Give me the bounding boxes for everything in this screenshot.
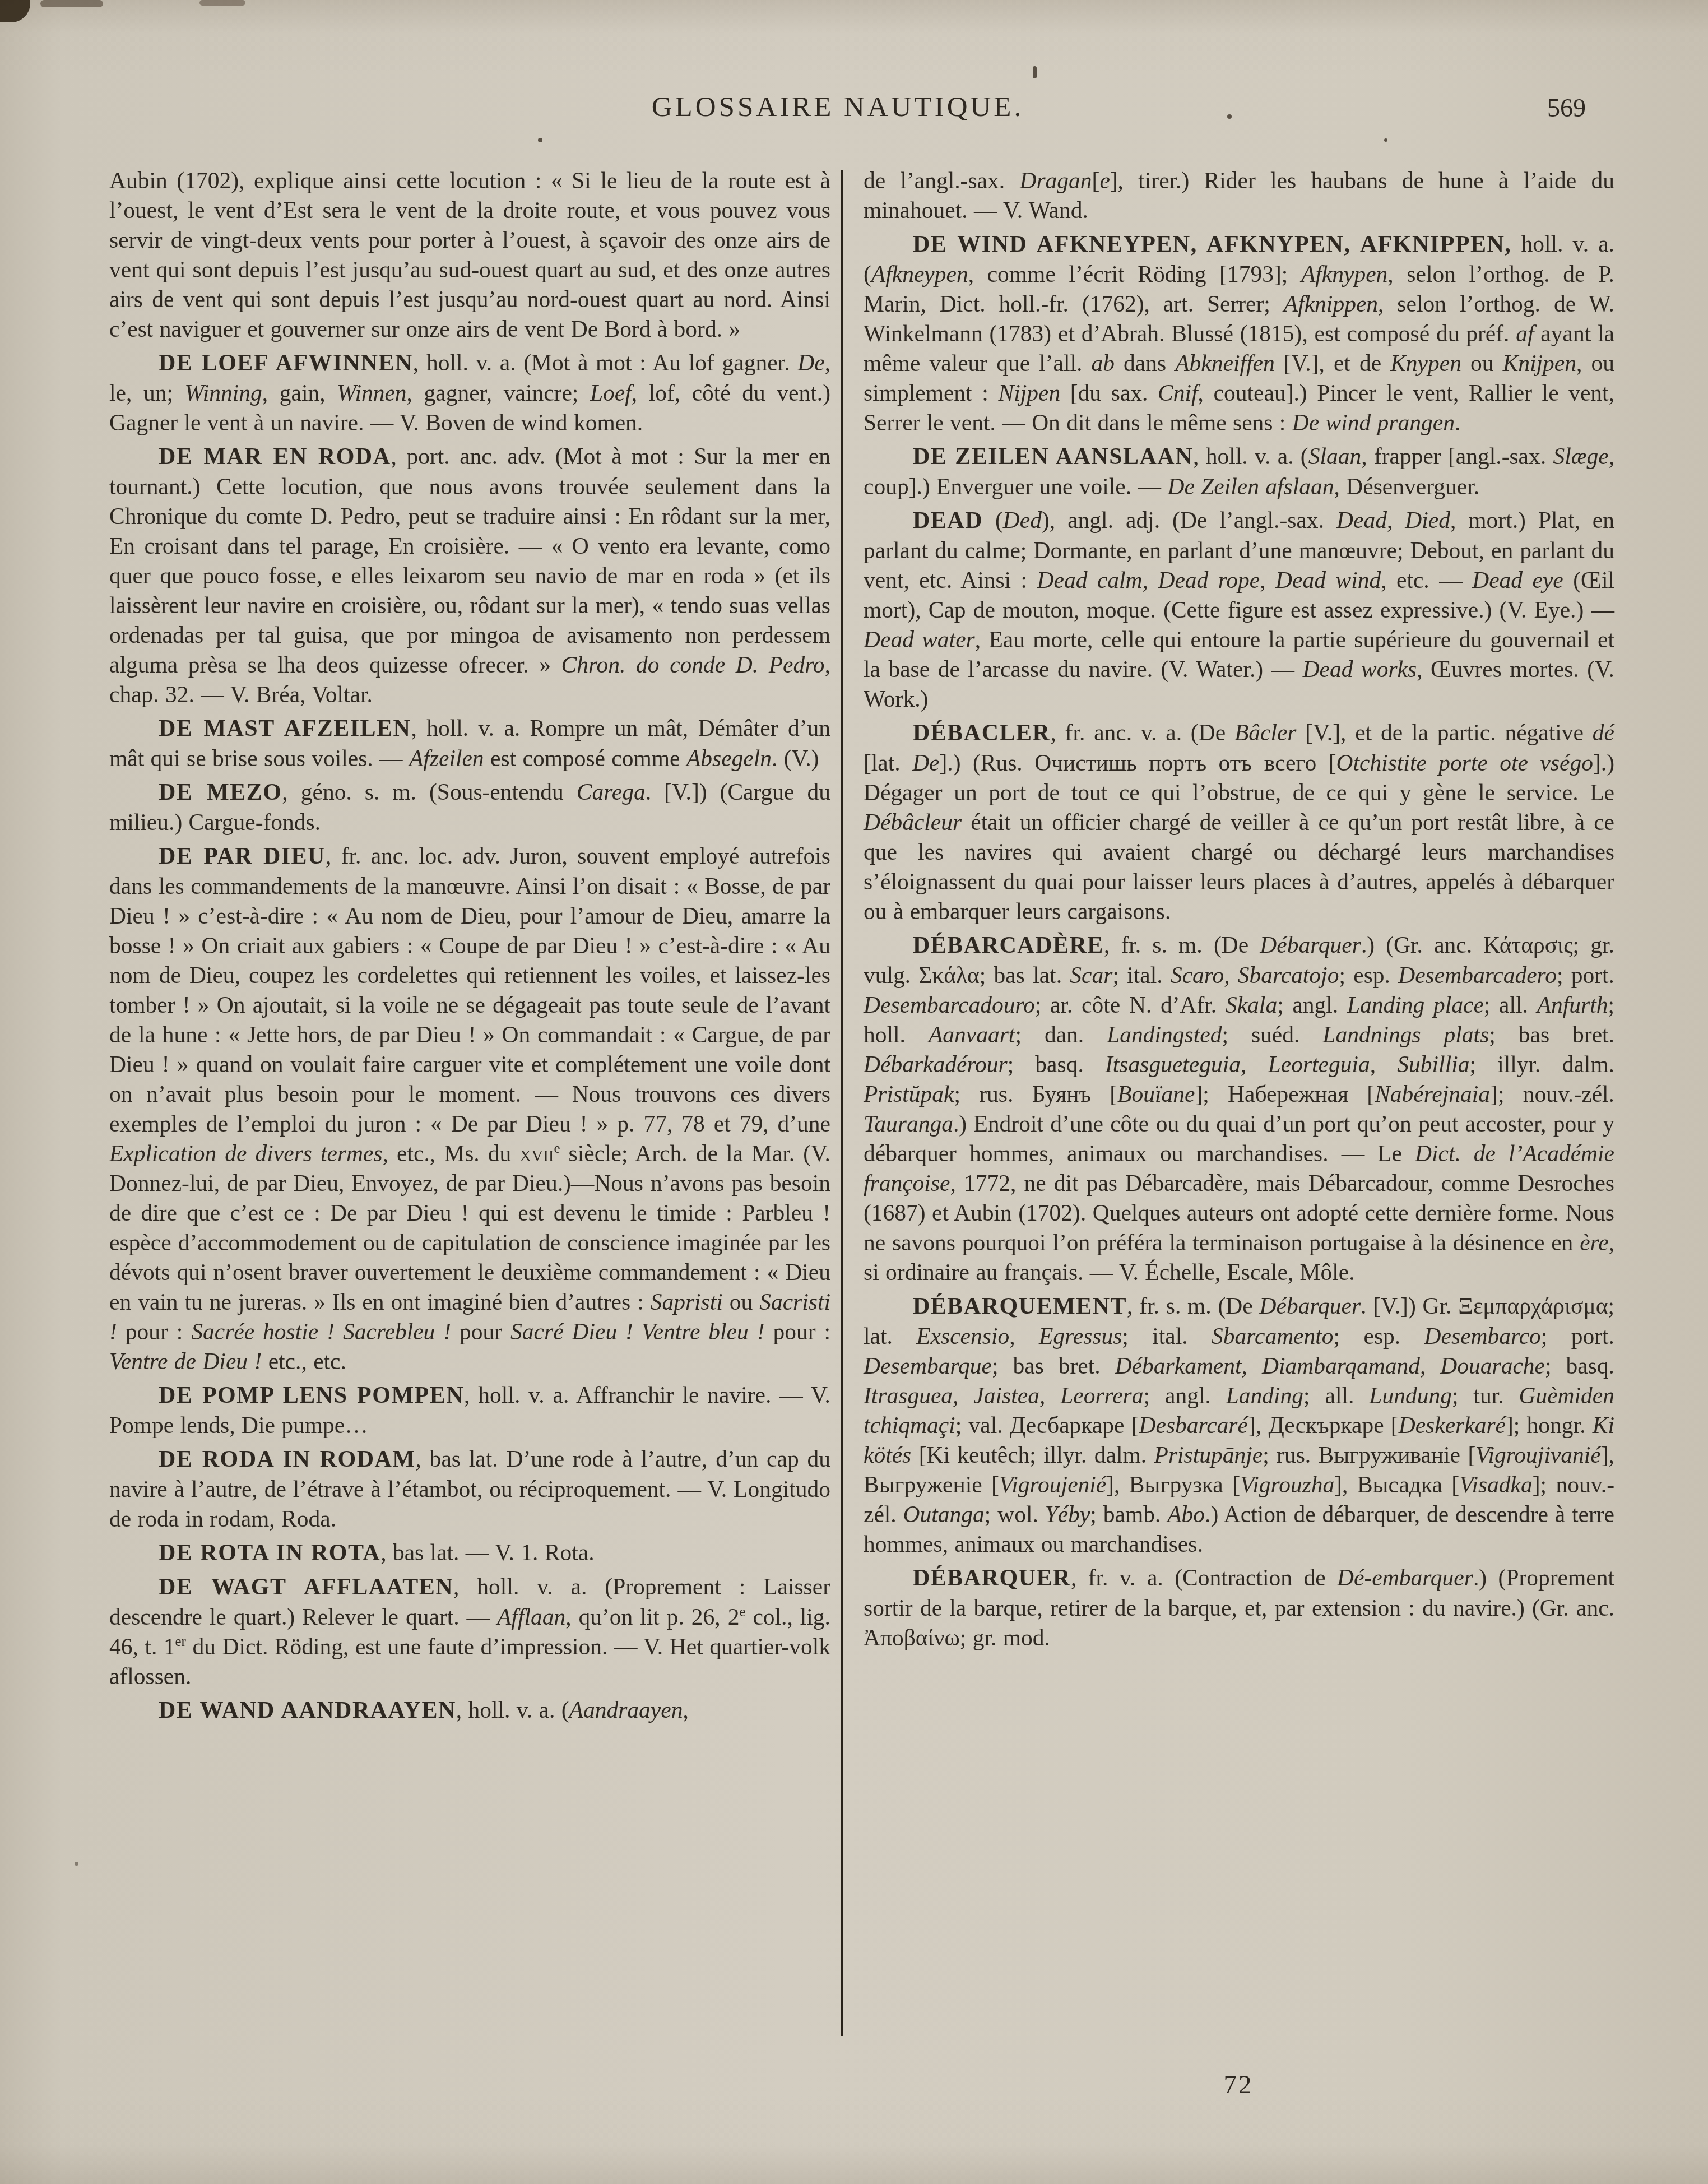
italic-term: Yéby [1045, 1501, 1090, 1527]
entry-headword: DE MEZO [159, 780, 282, 805]
italic-term: Dead water [864, 627, 975, 652]
italic-term: Sacré Dieu ! Ventre bleu ! [510, 1319, 764, 1344]
ink-speck [1033, 66, 1037, 78]
italic-term: Débarquer [1260, 1293, 1361, 1319]
italic-term: Winning [184, 380, 262, 406]
italic-term: Ded [1003, 507, 1042, 533]
entry-headword: DÉBARQUER [913, 1565, 1071, 1591]
scan-edge-mark [199, 0, 245, 6]
italic-term: Scar [1070, 962, 1112, 988]
dictionary-entry: DE MAST AFZEILEN, holl. v. a. Rompre un … [109, 713, 830, 773]
italic-term: Vigrouzha [1240, 1472, 1334, 1497]
italic-term: ère [1580, 1230, 1608, 1255]
italic-term: Dead calm [1037, 567, 1143, 593]
italic-term: Vigroujenié [999, 1472, 1106, 1497]
italic-term: Aandraayen [569, 1697, 683, 1723]
entry-headword: DE MAST AFZEILEN [159, 716, 411, 741]
dictionary-entry: DE WAGT AFFLAATEN, holl. v. a. (Propreme… [109, 1572, 830, 1691]
small-caps-term: xvii [519, 1140, 554, 1166]
italic-term: Landnings plats [1322, 1022, 1489, 1047]
dictionary-entry: de l’angl.-sax. Dragan[e], tirer.) Rider… [864, 166, 1614, 225]
italic-term: Afzeilen [409, 745, 484, 771]
italic-term: e [1099, 168, 1110, 193]
italic-term: Dé-embarquer [1337, 1565, 1473, 1591]
dictionary-entry: DÉBACLER, fr. anc. v. a. (De Bâcler [V.]… [864, 718, 1614, 926]
scan-edge-mark [40, 0, 103, 7]
left-text-column: Aubin (1702), explique ainsi cette locut… [109, 166, 830, 1726]
italic-term: Otchistite porte ote vségo [1336, 750, 1593, 776]
entry-headword: DÉBACLER [913, 720, 1050, 746]
dictionary-entry: DE WIND AFKNEYPEN, AFKNYPEN, AFKNIPPEN, … [864, 229, 1614, 438]
italic-term: Dead [1336, 507, 1387, 533]
ink-speck [538, 138, 542, 142]
italic-term: Itsasgueteguia, Leorteguia, Subillia [1105, 1051, 1469, 1077]
italic-term: Desembarco [1424, 1323, 1541, 1349]
italic-term: Aanvaart [929, 1022, 1015, 1047]
italic-term: De [912, 750, 939, 776]
italic-term: Slæge [1553, 443, 1608, 469]
italic-term: dé [1593, 720, 1614, 745]
italic-term: Dead works [1303, 656, 1417, 682]
italic-term: Pristŭpak [864, 1081, 954, 1107]
italic-term: ab [1092, 350, 1115, 376]
italic-term: Desembarcadouro [864, 992, 1035, 1018]
italic-term: Explication de divers termes [109, 1140, 383, 1166]
dictionary-entry: DE MAR EN RODA, port. anc. adv. (Mot à m… [109, 442, 830, 710]
italic-term: Lundung [1369, 1383, 1452, 1408]
entry-headword: DE MAR EN RODA [159, 444, 391, 470]
page-number: 569 [1507, 93, 1586, 123]
italic-term: Afflaan [497, 1604, 565, 1630]
italic-term: Itrasguea, Jaistea, Leorrera [864, 1383, 1144, 1408]
italic-term: Vigroujivanié [1475, 1442, 1601, 1468]
italic-term: Exscensio [916, 1323, 1009, 1349]
italic-term: Débarquer [1260, 932, 1361, 958]
entry-headword: DE WAND AANDRAAYEN [159, 1698, 456, 1723]
italic-term: Chron. do conde D. Pedro [561, 652, 825, 678]
entry-headword: DE ZEILEN AANSLAAN [913, 444, 1193, 470]
entry-headword: DE WAGT AFFLAATEN [159, 1574, 453, 1600]
scanned-book-page: GLOSSAIRE NAUTIQUE. 569 Aubin (1702), ex… [0, 0, 1708, 2184]
italic-term: Sapristi [651, 1289, 723, 1315]
entry-headword: DE POMP LENS POMPEN [159, 1383, 464, 1408]
italic-term: Knypen [1390, 350, 1461, 376]
italic-term: Dead eye [1472, 567, 1563, 593]
right-text-column: de l’angl.-sax. Dragan[e], tirer.) Rider… [864, 166, 1614, 1653]
italic-term: Cnif [1158, 380, 1198, 406]
column-divider-rule [841, 170, 843, 2036]
italic-term: Winnen [337, 380, 406, 406]
dictionary-entry: DE POMP LENS POMPEN, holl. v. a. Affranc… [109, 1380, 830, 1440]
italic-term: Landing place [1347, 992, 1484, 1018]
italic-term: Pristupānje [1154, 1442, 1263, 1468]
entry-headword: DE LOEF AFWINNEN [159, 350, 413, 376]
italic-term: Bouïane [1117, 1081, 1195, 1107]
dictionary-entry: Aubin (1702), explique ainsi cette locut… [109, 166, 830, 344]
italic-term: Sacrée hostie ! Sacrebleu ! [191, 1319, 451, 1344]
italic-term: Dead wind [1275, 567, 1381, 593]
italic-term: Afkneypen [871, 261, 968, 287]
italic-term: Dead rope [1158, 567, 1260, 593]
entry-headword: DEAD [913, 508, 983, 534]
ink-speck [75, 1862, 78, 1866]
dictionary-entry: DE LOEF AFWINNEN, holl. v. a. (Mot à mot… [109, 348, 830, 438]
italic-term: Desembarque [864, 1353, 992, 1379]
italic-term: Afknypen [1301, 261, 1387, 287]
italic-term: Loef [590, 380, 632, 406]
ink-speck [1384, 138, 1387, 142]
italic-term: Dict. de l’Académie françoise [864, 1140, 1614, 1196]
italic-term: Absegeln [686, 745, 772, 771]
italic-term: De wind prangen [1292, 410, 1455, 435]
italic-term: Scaro, Sbarcatojo [1171, 962, 1339, 988]
entry-headword: DE WIND AFKNEYPEN, AFKNYPEN, AFKNIPPEN, [913, 231, 1511, 257]
entry-headword: DE RODA IN RODAM [159, 1446, 415, 1472]
italic-term: Deskerkaré [1399, 1412, 1506, 1438]
dictionary-entry: DE RODA IN RODAM, bas lat. D’une rode à … [109, 1444, 830, 1534]
italic-term: Desbarcaré [1139, 1412, 1248, 1438]
italic-term: Desembarcadero [1398, 962, 1557, 988]
scan-edge-corner-mark [0, 0, 30, 22]
dictionary-entry: DE ROTA IN ROTA, bas lat. — V. 1. Rota. [109, 1538, 830, 1568]
italic-term: Skala [1226, 992, 1277, 1018]
italic-term: Nabérejnaia [1375, 1081, 1490, 1107]
italic-term: Ventre de Dieu ! [109, 1348, 262, 1374]
italic-term: Died [1405, 507, 1450, 533]
dictionary-entry: DE ZEILEN AANSLAAN, holl. v. a. (Slaan, … [864, 442, 1614, 502]
dictionary-entry: DE WAND AANDRAAYEN, holl. v. a. (Aandraa… [109, 1695, 830, 1726]
dictionary-entry: DÉBARQUER, fr. v. a. (Contraction de Dé-… [864, 1563, 1614, 1653]
italic-term: Outanga [903, 1501, 985, 1527]
entry-headword: DE ROTA IN ROTA [159, 1540, 380, 1566]
superscript: er [175, 1634, 186, 1649]
italic-term: af [1516, 321, 1534, 346]
dictionary-entry: DE PAR DIEU, fr. anc. loc. adv. Juron, s… [109, 841, 830, 1376]
italic-term: Knijpen [1503, 350, 1576, 376]
italic-term: Landingsted [1107, 1022, 1222, 1047]
italic-term: Tauranga [864, 1111, 953, 1137]
italic-term: Egressus [1039, 1323, 1122, 1349]
entry-headword: DÉBARQUEMENT [913, 1293, 1127, 1319]
dictionary-entry: DÉBARCADÈRE, fr. s. m. (De Débarquer.) (… [864, 930, 1614, 1287]
italic-term: Slaan [1308, 443, 1362, 469]
italic-term: Sbarcamento [1212, 1323, 1333, 1349]
superscript: e [554, 1141, 560, 1156]
dictionary-entry: DÉBARQUEMENT, fr. s. m. (De Débarquer. [… [864, 1291, 1614, 1559]
entry-headword: DE PAR DIEU [159, 843, 326, 869]
italic-term: Abo [1167, 1501, 1205, 1527]
italic-term: Débâcleur [864, 809, 962, 835]
dictionary-entry: DE MEZO, géno. s. m. (Sous-entendu Careg… [109, 777, 830, 837]
italic-term: Anfurth [1537, 992, 1608, 1018]
italic-term: De [797, 350, 824, 375]
italic-term: Débarkament, Diambarqamand, Douarache [1115, 1353, 1545, 1379]
printer-signature-mark: 72 [1202, 2070, 1275, 2100]
italic-term: De Zeilen afslaan [1167, 474, 1334, 499]
italic-term: Dragan [1019, 168, 1092, 193]
superscript: e [739, 1605, 745, 1620]
italic-term: Abkneiffen [1175, 350, 1274, 376]
page-header-title: GLOSSAIRE NAUTIQUE. [0, 91, 1675, 123]
italic-term: Nijpen [998, 380, 1060, 406]
italic-term: Débarkadérour [864, 1051, 1008, 1077]
dictionary-entry: DEAD (Ded), angl. adj. (De l’angl.-sax. … [864, 506, 1614, 714]
italic-term: Carega [577, 779, 646, 805]
italic-term: Bâcler [1234, 720, 1297, 745]
entry-headword: DÉBARCADÈRE [913, 933, 1104, 958]
italic-term: Afknippen [1284, 291, 1378, 317]
italic-term: Visadka [1459, 1472, 1533, 1497]
italic-term: Landing [1226, 1383, 1303, 1408]
